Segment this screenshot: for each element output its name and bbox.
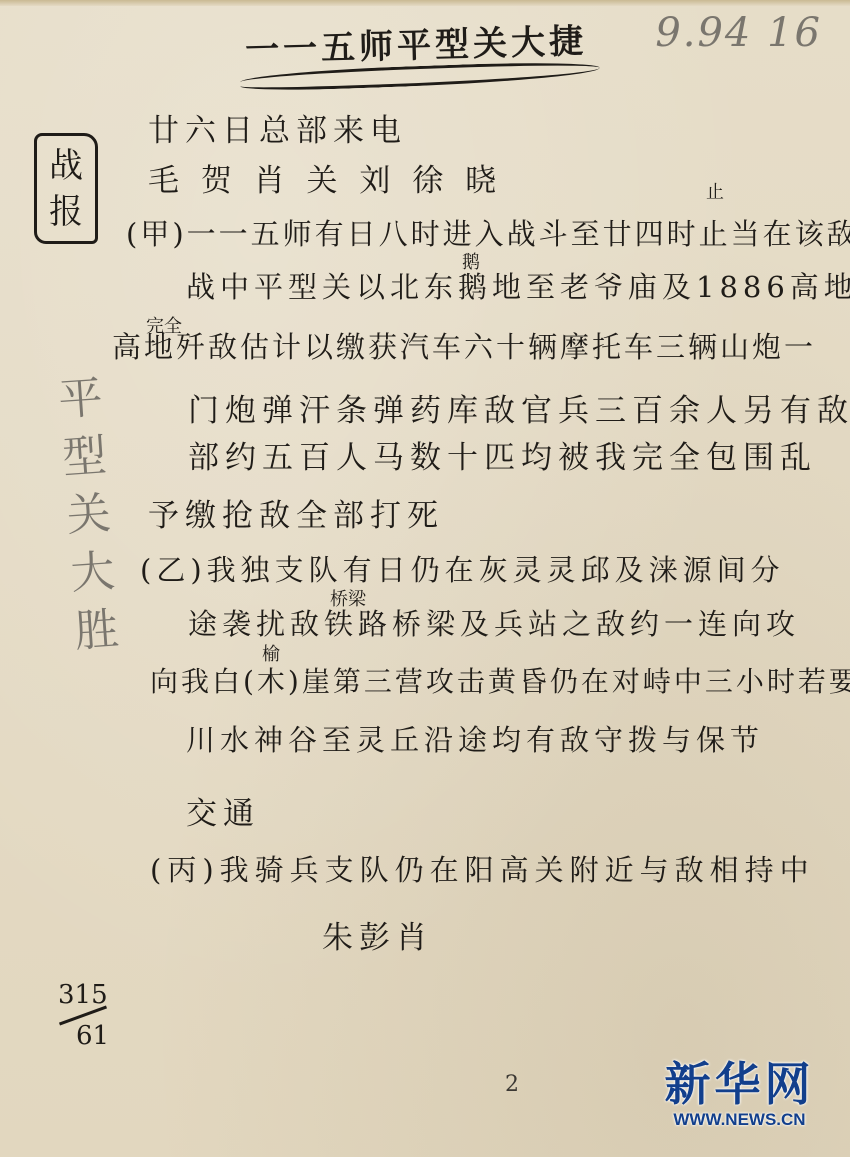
watermark-url: WWW.NEWS.CN (652, 1110, 827, 1130)
line-5: 高地歼敌估计以缴获汽车六十辆摩托车三辆山炮一 (112, 325, 816, 366)
line-section-bing: (丙)我骑兵支队仍在阳高关附近与敌相持中 (150, 848, 815, 889)
line-header-date: 廿六日总部来电 (148, 105, 407, 150)
line-section-jia: (甲)一一五师有日八时进入战斗至廿四时止当在该敌 (126, 212, 850, 253)
line-section-yi: (乙)我独支队有日仍在灰灵灵邱及涞源间分 (140, 548, 785, 589)
paper-top-edge (0, 0, 850, 6)
xinhua-watermark: 新华网 WWW.NEWS.CN (652, 1058, 827, 1130)
page-fraction-top: 315 (58, 980, 108, 1010)
line-10: 途袭扰敌铁路桥梁及兵站之敌约一连向攻 (188, 602, 800, 643)
annotation-zhi: 止 (706, 178, 724, 204)
line-11: 向我白(木)崖第三营攻击黄昏仍在对峙中三小时若要 (150, 660, 850, 700)
page-fraction-bottom: 61 (76, 1021, 109, 1051)
archive-number: 9.94 16 (655, 10, 822, 56)
page-mark: 2 (505, 1072, 519, 1097)
line-13: 交通 (186, 788, 260, 833)
signature: 朱彭肖 (322, 912, 433, 957)
battle-report-stamp: 战 报 (34, 133, 98, 244)
stamp-char-2: 报 (49, 189, 83, 235)
stamp-char-1: 战 (49, 143, 83, 189)
line-7: 部约五百人马数十匹均被我完全包围乱 (188, 432, 817, 477)
line-12: 川水神谷至灵丘沿途均有敌守拨与保节 (186, 718, 764, 759)
line-addressees: 毛 贺 肖 关 刘 徐 晓 (148, 155, 502, 200)
line-6: 门炮弹汗条弹药库敌官兵三百余人另有敌一 (188, 385, 850, 430)
line-8: 予缴抢敌全部打死 (148, 490, 444, 535)
line-4: 战中平型关以北东鹅地至老爷庙及1886高地 (186, 265, 850, 306)
watermark-brand: 新华网 (652, 1058, 827, 1110)
page-fraction: 315 61 (58, 980, 109, 1051)
